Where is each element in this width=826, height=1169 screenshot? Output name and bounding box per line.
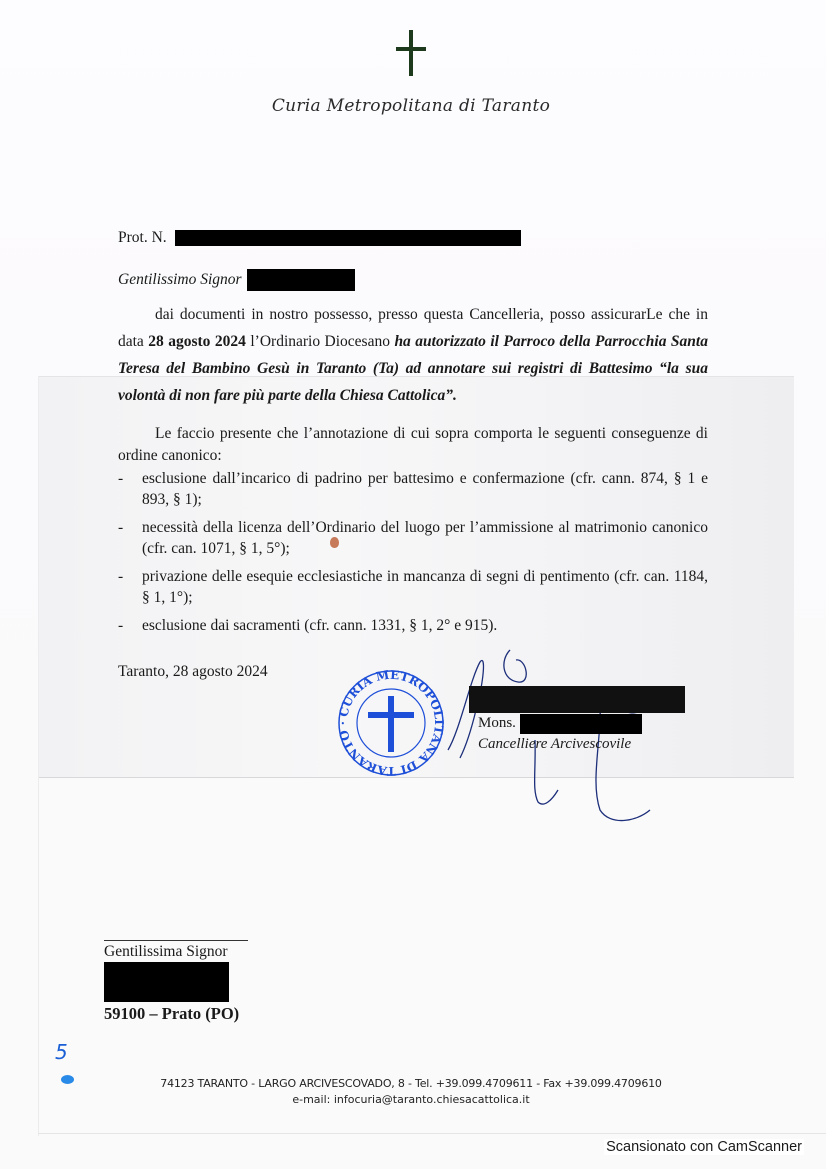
- greeting-text: Gentilissimo Signor: [118, 271, 242, 288]
- letterhead-title: Curia Metropolitana di Taranto: [0, 96, 824, 116]
- footer-email: e-mail: infocuria@taranto.chiesacattolic…: [0, 1093, 824, 1106]
- protocol-label: Prot. N.: [118, 229, 167, 246]
- paper-edge: [38, 376, 39, 1136]
- cross-icon: [396, 30, 426, 76]
- footer-address: 74123 TARANTO - LARGO ARCIVESCOVADO, 8 -…: [0, 1077, 824, 1090]
- consequences-list: - esclusione dall’incarico di padrino pe…: [118, 468, 708, 643]
- paragraph-consequences-intro: Le faccio presente che l’annotazione di …: [118, 423, 708, 466]
- redacted-recipient-name: [247, 269, 355, 291]
- place-and-date: Taranto, 28 agosto 2024: [118, 660, 268, 684]
- list-item-text: privazione delle esequie ecclesiastiche …: [142, 568, 708, 606]
- list-item: - esclusione dall’incarico di padrino pe…: [118, 468, 708, 510]
- signatory-block: Mons. Cancelliere Arcivescovile: [478, 713, 642, 755]
- list-item: - privazione delle esequie ecclesiastich…: [118, 566, 708, 608]
- paragraph1-part2: l’Ordinario Diocesano: [246, 333, 395, 350]
- list-item: - necessità della licenza dell’Ordinario…: [118, 517, 708, 559]
- address-rule: [104, 940, 248, 941]
- paper-bottom-edge: [38, 1133, 826, 1134]
- camscanner-watermark: Scansionato con CamScanner: [604, 1139, 804, 1155]
- scanned-letter-page: Curia Metropolitana di Taranto Prot. N. …: [0, 0, 826, 1169]
- list-item-text: necessità della licenza dell’Ordinario d…: [142, 519, 708, 557]
- paragraph-authorization: dai documenti in nostro possesso, presso…: [118, 301, 708, 409]
- authorization-date: 28 agosto 2024: [148, 333, 246, 350]
- redacted-signatory-name: [520, 714, 642, 734]
- recipient-city: 59100 – Prato (PO): [104, 1004, 248, 1024]
- list-item-text: esclusione dall’incarico di padrino per …: [142, 470, 708, 508]
- handwritten-mark: 5: [55, 1040, 68, 1064]
- ink-stain: [330, 537, 339, 548]
- signatory-role: Cancelliere Arcivescovile: [478, 734, 642, 755]
- redacted-protocol: [175, 230, 521, 246]
- official-stamp-icon: CURIA METROPOLITANA DI TARANTO ·: [336, 668, 446, 778]
- recipient-address-block: Gentilissima Signor 59100 – Prato (PO): [104, 940, 248, 1024]
- list-item-text: esclusione dai sacramenti (cfr. cann. 13…: [142, 617, 497, 634]
- list-item: - esclusione dai sacramenti (cfr. cann. …: [118, 615, 708, 636]
- redacted-recipient-address: [104, 962, 229, 1002]
- protocol-number: Prot. N.: [118, 226, 521, 250]
- paragraph2-text: Le faccio presente che l’annotazione di …: [118, 425, 708, 464]
- greeting: Gentilissimo Signor: [118, 268, 355, 292]
- signatory-title: Mons.: [478, 715, 516, 731]
- redacted-signature-name: [469, 686, 685, 713]
- recipient-salutation: Gentilissima Signor: [104, 942, 248, 962]
